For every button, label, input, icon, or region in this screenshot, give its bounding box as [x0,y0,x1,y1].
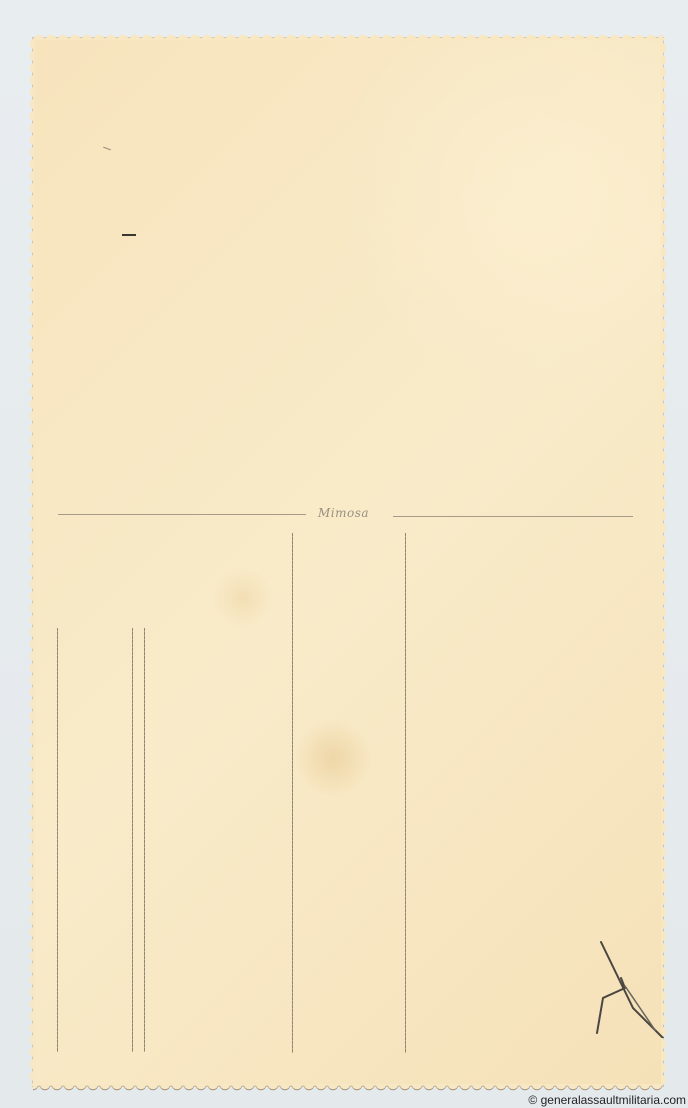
ink-speck [103,147,111,151]
ink-speck [122,234,136,236]
brand-mark: Mimosa [318,506,369,520]
center-line-right [405,533,406,1053]
divider-left [58,514,306,515]
divider-right [393,516,633,517]
stamp-box-line-mid [132,628,133,1052]
center-line-left [292,533,293,1053]
postcard-back: Mimosa [33,38,663,1086]
pencil-annotation-icon [593,938,673,1038]
copyright-watermark: © generalassaultmilitaria.com [528,1093,686,1107]
stamp-box-line-left [57,628,58,1052]
stamp-box-line-right [144,628,145,1052]
